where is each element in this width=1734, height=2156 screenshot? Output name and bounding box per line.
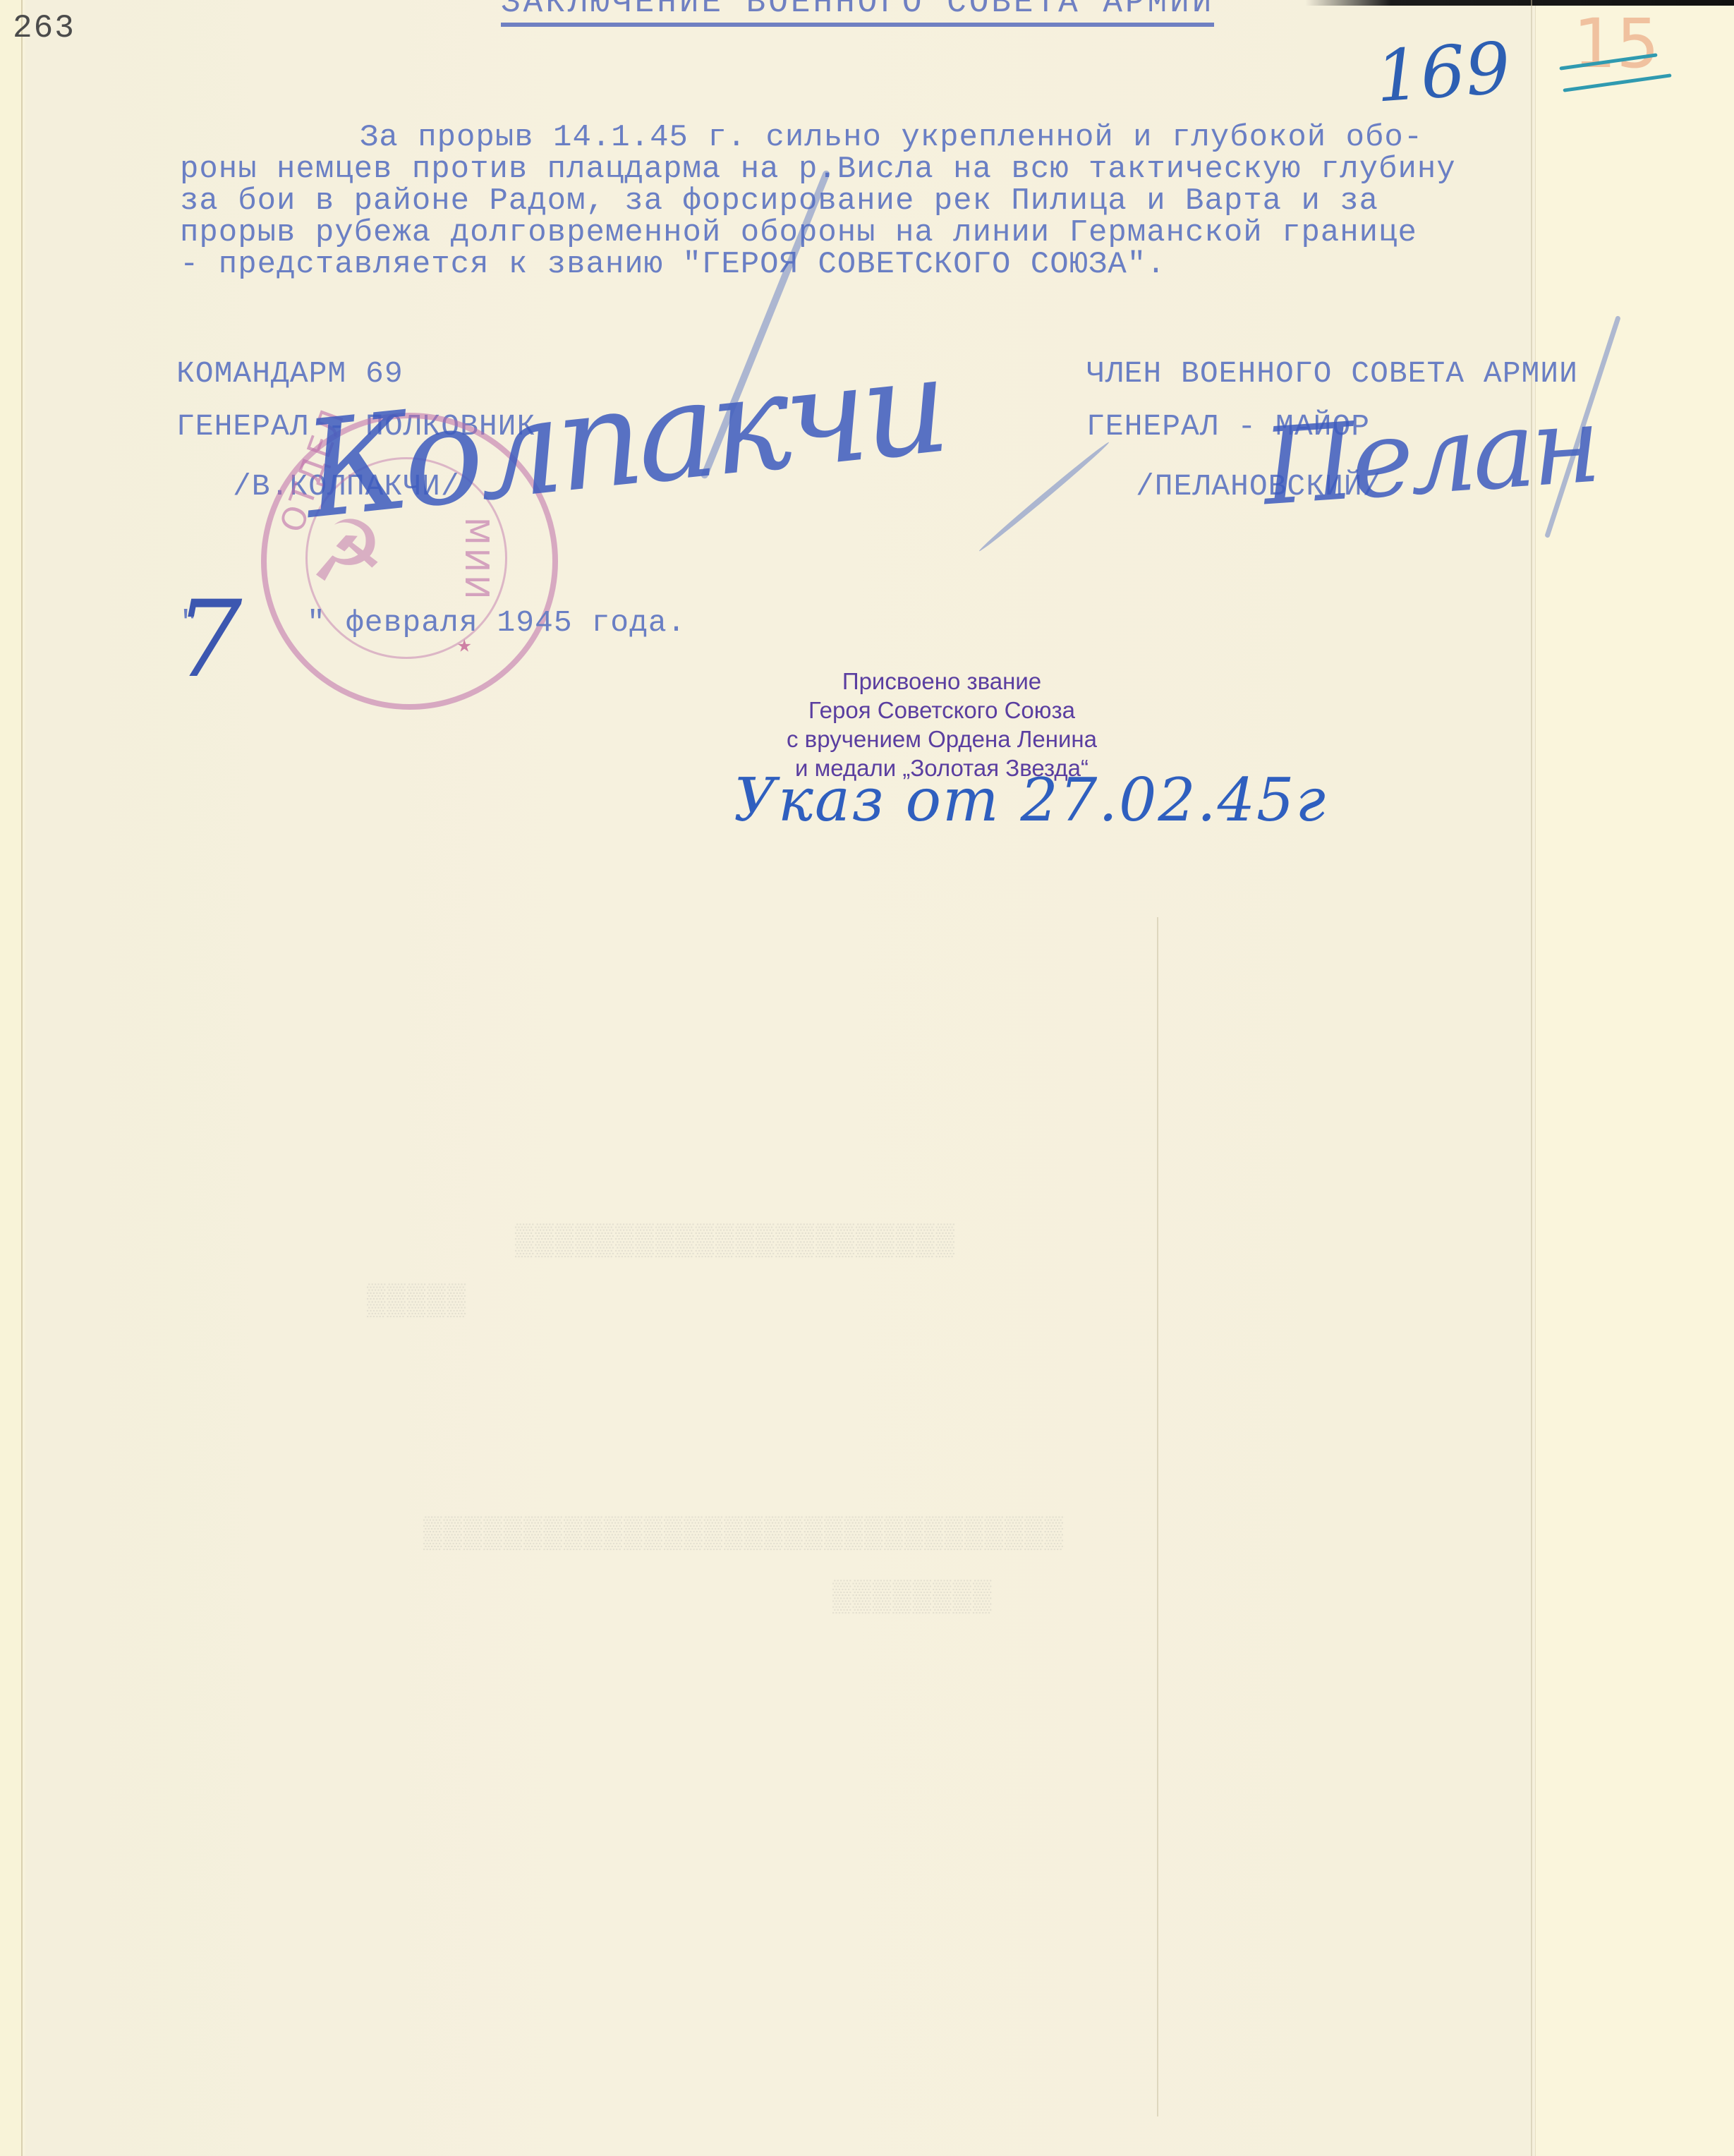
- award-stamp-line: Героя Советского Союза: [734, 696, 1150, 725]
- decree-handwritten: Указ от 27.02.45г: [734, 765, 1327, 835]
- bleed-through-text: ▒▒▒▒▒▒▒▒▒▒▒▒▒▒▒▒▒▒▒▒▒▒▒▒▒▒▒▒▒▒▒▒: [423, 1517, 1065, 1552]
- date-close-quote: ": [307, 605, 326, 640]
- award-stamp-line: Присвоено звание: [734, 667, 1150, 696]
- document-page: [25, 0, 1535, 2156]
- fold-line: [1531, 0, 1532, 2156]
- archive-page-number: 263: [13, 10, 75, 47]
- body-line: - представляется к званию "ГЕРОЯ СОВЕТСК…: [180, 247, 1166, 282]
- council-member-title: ЧЛЕН ВОЕННОГО СОВЕТА АРМИИ: [1086, 356, 1578, 391]
- body-line: За прорыв 14.1.45 г. сильно укрепленной …: [360, 120, 1423, 155]
- body-line: за бои в районе Радом, за форсирование р…: [180, 183, 1378, 219]
- handwritten-number: 169: [1373, 26, 1513, 118]
- pencil-number: 15: [1573, 4, 1659, 83]
- date-text: февраля 1945 года.: [346, 605, 686, 640]
- left-margin-strip: [0, 0, 23, 2156]
- scan-edge: [1305, 0, 1734, 6]
- council-member-signature: Пелан: [1259, 384, 1601, 530]
- fold-line: [1157, 917, 1158, 2116]
- document-heading: ЗАКЛЮЧЕНИЕ ВОЕННОГО СОВЕТА АРМИИ: [501, 0, 1214, 27]
- body-line: роны немцев против плацдарма на р.Висла …: [180, 152, 1456, 187]
- bleed-through-text: ▒▒▒▒▒▒▒▒▒▒▒▒▒▒▒▒▒▒▒▒▒▒: [515, 1224, 956, 1259]
- right-margin-strip: [1535, 0, 1734, 2156]
- bleed-through-text: ▒▒▒▒▒: [367, 1284, 467, 1319]
- date-day-handwritten: 7: [175, 579, 242, 701]
- award-stamp-line: с вручением Ордена Ленина: [734, 725, 1150, 753]
- bleed-through-text: ▒▒▒▒▒▒▒▒: [832, 1580, 993, 1616]
